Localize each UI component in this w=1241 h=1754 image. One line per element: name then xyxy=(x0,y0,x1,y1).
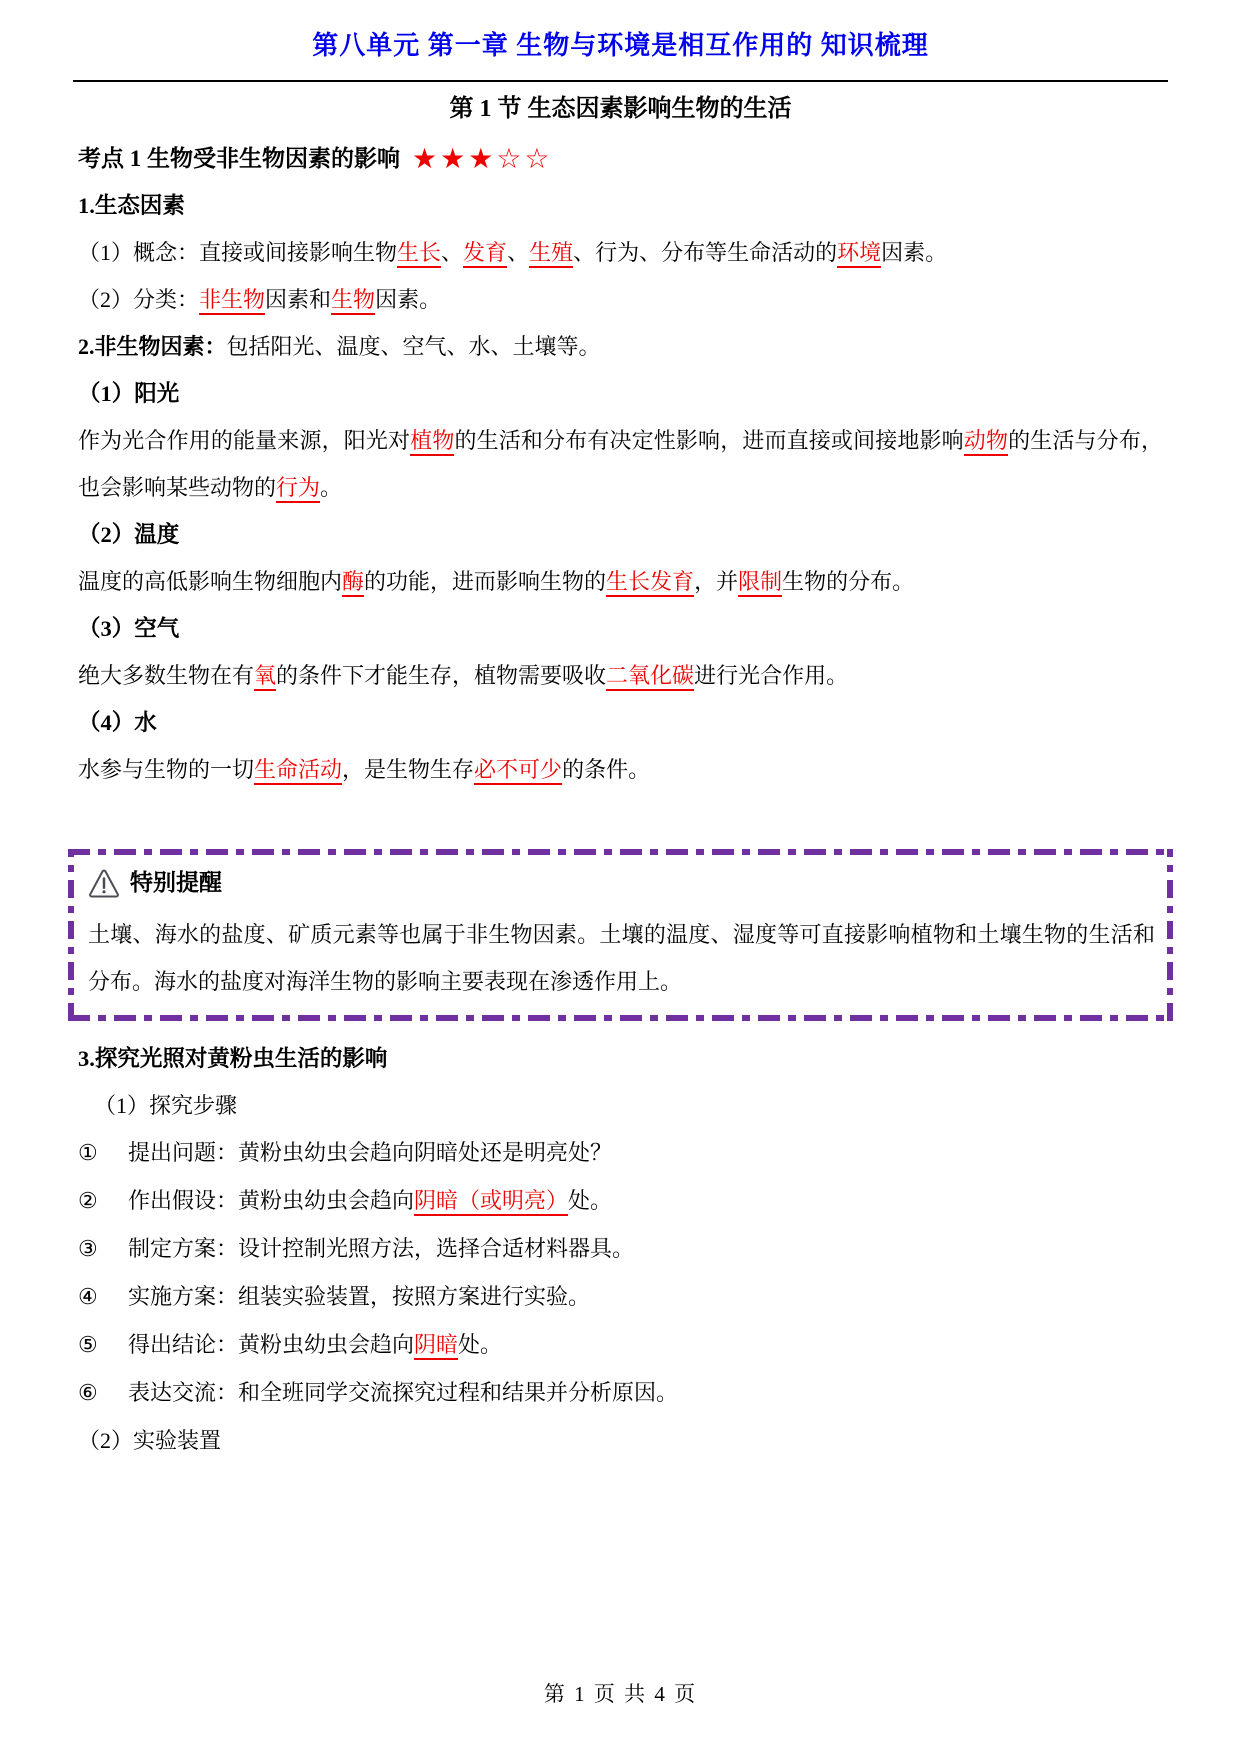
paragraph-water: 水参与生物的一切生命活动，是生物生存必不可少的条件。 xyxy=(78,746,1163,793)
document-page: 第八单元 第一章 生物与环境是相互作用的 知识梳理 第 1 节 生态因素影响生物… xyxy=(0,0,1241,1754)
highlight-term: 阴暗 xyxy=(414,1332,458,1360)
highlight-term: 必不可少 xyxy=(474,757,562,785)
step-number: ③ xyxy=(78,1225,128,1273)
highlight-term: 氧 xyxy=(254,663,276,691)
special-reminder-box: 特别提醒 土壤、海水的盐度、矿质元素等也属于非生物因素。土壤的温度、湿度等可直接… xyxy=(68,849,1173,1021)
subheading-steps: （1）探究步骤 xyxy=(78,1082,1163,1129)
highlight-term: 阴暗（或明亮） xyxy=(414,1188,568,1216)
highlight-term: 酶 xyxy=(342,569,364,597)
text-segment: 、 xyxy=(507,240,529,265)
text-segment: 的条件。 xyxy=(562,757,650,782)
paragraph-sunlight: 作为光合作用的能量来源，阳光对植物的生活和分布有决定性影响，进而直接或间接地影响… xyxy=(78,417,1163,511)
special-reminder-title: 特别提醒 xyxy=(130,863,222,903)
highlight-term: 二氧化碳 xyxy=(606,663,694,691)
highlight-term: 生命活动 xyxy=(254,757,342,785)
text-segment: 提出问题：黄粉虫幼虫会趋向阴暗处还是明亮处？ xyxy=(128,1140,612,1165)
text-segment: 因素和 xyxy=(265,287,331,312)
step-number: ⑥ xyxy=(78,1369,128,1417)
special-reminder-header: 特别提醒 xyxy=(88,863,1155,903)
paragraph-air: 绝大多数生物在有氧的条件下才能生存，植物需要吸收二氧化碳进行光合作用。 xyxy=(78,652,1163,699)
star-rating-icon: ★★★☆☆ xyxy=(412,142,553,175)
step-text: 作出假设：黄粉虫幼虫会趋向阴暗（或明亮）处。 xyxy=(128,1177,1163,1225)
text-segment: 的功能，进而影响生物的 xyxy=(364,569,606,594)
highlight-term: 行为 xyxy=(276,475,320,503)
text-segment: 绝大多数生物在有 xyxy=(78,663,254,688)
heading-water: （4）水 xyxy=(78,699,1163,746)
warning-triangle-icon xyxy=(88,869,120,898)
paragraph-concept: （1）概念：直接或间接影响生物生长、发育、生殖、行为、分布等生命活动的环境因素。 xyxy=(78,229,1163,276)
step-number: ② xyxy=(78,1177,128,1225)
document-title: 第八单元 第一章 生物与环境是相互作用的 知识梳理 xyxy=(78,30,1163,62)
text-segment: 处。 xyxy=(568,1188,612,1213)
highlight-term: 动物 xyxy=(964,428,1008,456)
text-segment: 因素。 xyxy=(881,240,947,265)
heading-temperature: （2）温度 xyxy=(78,511,1163,558)
text-segment: 作出假设：黄粉虫幼虫会趋向 xyxy=(128,1188,414,1213)
heading-sunlight: （1）阳光 xyxy=(78,370,1163,417)
text-segment: ，并 xyxy=(694,569,738,594)
stars-filled: ★★★ xyxy=(412,142,496,175)
subheading-apparatus: （2）实验装置 xyxy=(78,1417,1163,1464)
step-text: 表达交流：和全班同学交流探究过程和结果并分析原因。 xyxy=(128,1369,1163,1417)
text-segment: 。 xyxy=(320,475,342,500)
step-text: 实施方案：组装实验装置，按照方案进行实验。 xyxy=(128,1273,1163,1321)
step-text: 提出问题：黄粉虫幼虫会趋向阴暗处还是明亮处？ xyxy=(128,1129,1163,1177)
text-segment: 包括阳光、温度、空气、水、土壤等。 xyxy=(227,334,601,359)
highlight-term: 生长 xyxy=(397,240,441,268)
text-segment: 水参与生物的一切 xyxy=(78,757,254,782)
text-segment: （2）分类： xyxy=(78,287,199,312)
step-number: ① xyxy=(78,1129,128,1177)
highlight-term: 环境 xyxy=(837,240,881,268)
stars-outline: ☆☆ xyxy=(496,142,552,175)
paragraph-category: （2）分类：非生物因素和生物因素。 xyxy=(78,276,1163,323)
text-segment: 表达交流：和全班同学交流探究过程和结果并分析原因。 xyxy=(128,1380,678,1405)
step-text: 得出结论：黄粉虫幼虫会趋向阴暗处。 xyxy=(128,1321,1163,1369)
text-segment: 实施方案：组装实验装置，按照方案进行实验。 xyxy=(128,1284,590,1309)
list-item-step4: ④实施方案：组装实验装置，按照方案进行实验。 xyxy=(78,1273,1163,1321)
list-item-step3: ③制定方案：设计控制光照方法，选择合适材料器具。 xyxy=(78,1225,1163,1273)
highlight-term: 生长发育 xyxy=(606,569,694,597)
text-segment: 生物的分布。 xyxy=(782,569,914,594)
step-text: 制定方案：设计控制光照方法，选择合适材料器具。 xyxy=(128,1225,1163,1273)
text-segment: 、行为、分布等生命活动的 xyxy=(573,240,837,265)
text-segment: 制定方案：设计控制光照方法，选择合适材料器具。 xyxy=(128,1236,634,1261)
text-segment: 、 xyxy=(441,240,463,265)
special-reminder-text: 土壤、海水的盐度、矿质元素等也属于非生物因素。土壤的温度、湿度等可直接影响植物和… xyxy=(88,911,1155,1005)
step-number: ④ xyxy=(78,1273,128,1321)
document-body: 1.生态因素 （1）概念：直接或间接影响生物生长、发育、生殖、行为、分布等生命活… xyxy=(78,182,1163,1464)
heading-abiotic-label: 2.非生物因素： xyxy=(78,334,227,359)
list-item-step5: ⑤得出结论：黄粉虫幼虫会趋向阴暗处。 xyxy=(78,1321,1163,1369)
step-number: ⑤ xyxy=(78,1321,128,1369)
highlight-term: 非生物 xyxy=(199,287,265,315)
text-segment: ，是生物生存 xyxy=(342,757,474,782)
heading-air: （3）空气 xyxy=(78,605,1163,652)
text-segment: 处。 xyxy=(458,1332,502,1357)
list-item-step1: ①提出问题：黄粉虫幼虫会趋向阴暗处还是明亮处？ xyxy=(78,1129,1163,1177)
text-segment: （1）概念：直接或间接影响生物 xyxy=(78,240,397,265)
exam-point-label: 考点 1 生物受非生物因素的影响 xyxy=(78,146,400,171)
highlight-term: 限制 xyxy=(738,569,782,597)
text-segment: 进行光合作用。 xyxy=(694,663,848,688)
heading-experiment: 3.探究光照对黄粉虫生活的影响 xyxy=(78,1035,1163,1082)
title-divider xyxy=(73,80,1168,82)
exam-point-heading: 考点 1 生物受非生物因素的影响★★★☆☆ xyxy=(78,140,1163,178)
text-segment: 的条件下才能生存，植物需要吸收 xyxy=(276,663,606,688)
paragraph-temperature: 温度的高低影响生物细胞内酶的功能，进而影响生物的生长发育，并限制生物的分布。 xyxy=(78,558,1163,605)
text-segment: 得出结论：黄粉虫幼虫会趋向 xyxy=(128,1332,414,1357)
highlight-term: 生物 xyxy=(331,287,375,315)
highlight-term: 植物 xyxy=(410,428,454,456)
list-item-step6: ⑥表达交流：和全班同学交流探究过程和结果并分析原因。 xyxy=(78,1369,1163,1417)
text-segment: 温度的高低影响生物细胞内 xyxy=(78,569,342,594)
heading-ecological-factors: 1.生态因素 xyxy=(78,182,1163,229)
list-item-step2: ②作出假设：黄粉虫幼虫会趋向阴暗（或明亮）处。 xyxy=(78,1177,1163,1225)
page-footer: 第 1 页 共 4 页 xyxy=(0,1680,1241,1708)
text-segment: 作为光合作用的能量来源，阳光对 xyxy=(78,428,410,453)
text-segment: 因素。 xyxy=(375,287,441,312)
text-segment: 的生活和分布有决定性影响，进而直接或间接地影响 xyxy=(454,428,963,453)
heading-abiotic-factors: 2.非生物因素：包括阳光、温度、空气、水、土壤等。 xyxy=(78,323,1163,370)
highlight-term: 发育 xyxy=(463,240,507,268)
section-title: 第 1 节 生态因素影响生物的生活 xyxy=(78,92,1163,126)
highlight-term: 生殖 xyxy=(529,240,573,268)
